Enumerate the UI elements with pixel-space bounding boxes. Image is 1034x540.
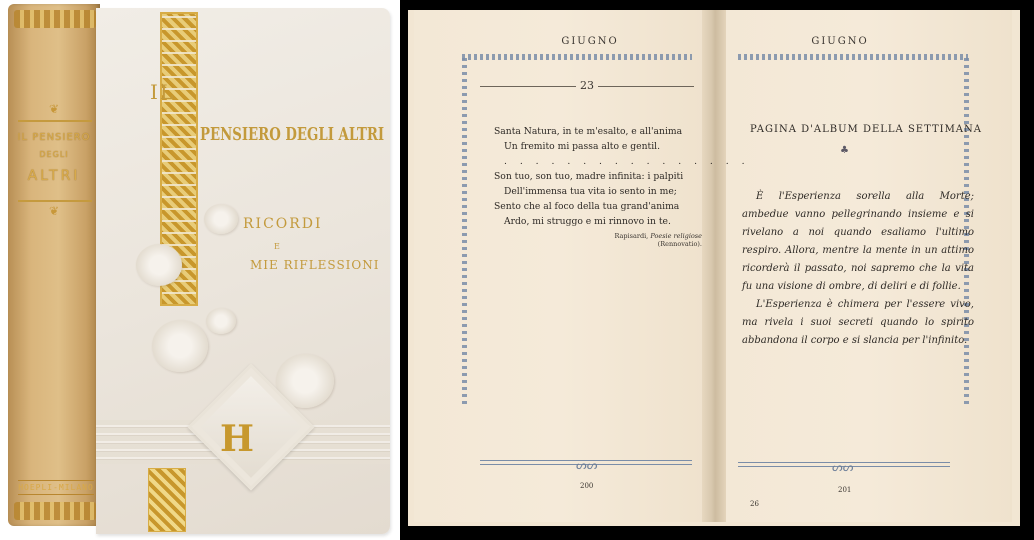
book-spine: ❦ IL PENSIERO DEGLI ALTRI ❦ HOEPLI-MILAN…	[8, 4, 100, 526]
spine-ornament-icon: ❦	[8, 204, 100, 218]
cover-title: PENSIERO DEGLI ALTRI	[200, 124, 384, 145]
spine-bottom-gilt-band	[14, 502, 96, 520]
cover-subtitle-line1: RICORDI	[243, 216, 323, 232]
book-gutter	[702, 10, 726, 522]
prose-paragraph: È l'Esperienza sorella alla Morte; ambed…	[742, 188, 974, 296]
day-number-rule-left	[480, 86, 576, 87]
poem-attribution: Rapisardi, Poesie religiose (Rennovatio)…	[572, 232, 702, 248]
right-page-border-top	[738, 54, 968, 60]
left-page-border-top	[462, 54, 692, 60]
attribution-section: (Rennovatio).	[658, 240, 702, 248]
section-title: PAGINA D'ALBUM DELLA SETTIMANA	[750, 124, 982, 135]
closed-book-photo: ❦ IL PENSIERO DEGLI ALTRI ❦ HOEPLI-MILAN…	[0, 0, 400, 540]
embossed-flower-icon	[152, 320, 208, 372]
left-page-number: 200	[580, 482, 593, 490]
spine-ornament-icon: ❦	[8, 102, 100, 116]
footer-scroll-ornament-icon: ᔕᔕ	[832, 460, 853, 474]
spine-title-line1: IL PENSIERO	[8, 132, 100, 143]
spine-title-line3: ALTRI	[8, 168, 100, 184]
attribution-work: Poesie religiose	[650, 232, 702, 240]
left-page-border-side	[462, 58, 467, 404]
right-running-head: GIUGNO	[790, 36, 890, 47]
embossed-leaf-icon	[206, 308, 236, 334]
photo-border-right	[1020, 0, 1034, 540]
day-number: 23	[580, 79, 594, 92]
spine-rule-top	[18, 120, 92, 122]
spine-rule-bottom	[18, 200, 92, 202]
left-running-head: GIUGNO	[540, 36, 640, 47]
attribution-author: Rapisardi,	[614, 232, 648, 240]
signature-mark: 26	[750, 500, 759, 508]
prose-block: È l'Esperienza sorella alla Morte; ambed…	[742, 188, 974, 350]
poem-ellipsis: . . . . . . . . . . . . . . . .	[494, 154, 794, 169]
embossed-leaf-icon	[204, 204, 238, 234]
gilt-monogram: H	[212, 418, 262, 460]
cover-title-article: IL	[150, 80, 175, 104]
cover-subtitle-line2: MIE RIFLESSIONI	[250, 258, 379, 272]
poem-line: Son tuo, son tuo, madre infinita: i palp…	[494, 169, 794, 184]
embossed-flower-icon	[136, 244, 182, 286]
footer-scroll-ornament-icon: ᔕᔕ	[576, 458, 597, 472]
gilt-ornamental-strip-bottom	[148, 468, 186, 532]
spine-publisher: HOEPLI-MILANO	[18, 480, 94, 495]
photo-border-top	[400, 0, 1034, 10]
right-page-number: 201	[838, 486, 851, 494]
cover-subtitle-conjunction: E	[274, 242, 280, 251]
prose-paragraph: L'Esperienza è chimera per l'essere vivo…	[742, 296, 974, 350]
poem-line: Un fremito mi passa alto e gentil.	[494, 139, 794, 154]
section-ornament-icon: ♣	[840, 145, 849, 156]
spine-top-gilt-band	[14, 10, 96, 28]
spine-title-line2: DEGLI	[8, 150, 100, 159]
day-number-rule-right	[598, 86, 694, 87]
poem-line: Santa Natura, in te m'esalto, e all'anim…	[494, 124, 794, 139]
